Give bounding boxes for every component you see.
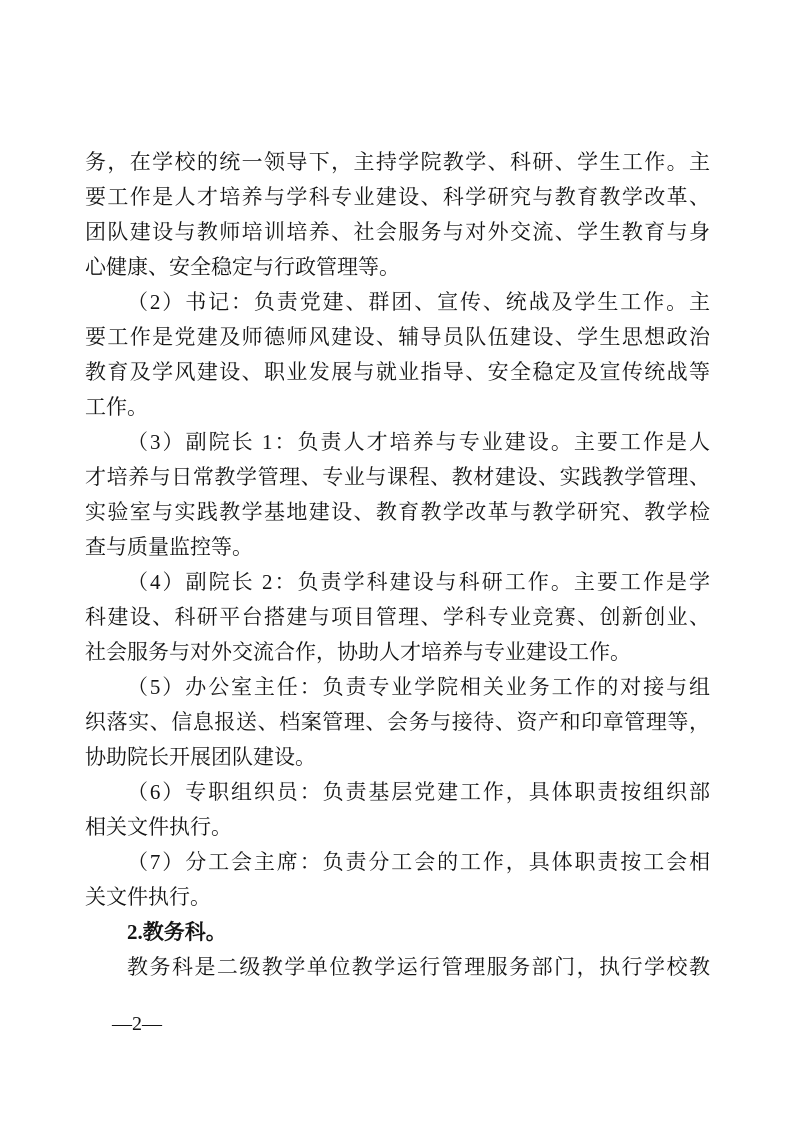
text-line: 相关文件执行。 bbox=[85, 810, 710, 845]
text-line: 2.教务科。 bbox=[85, 915, 710, 950]
text-line: （4）副院长 2：负责学科建设与科研工作。主要工作是学 bbox=[85, 565, 710, 600]
text-line: 协助院长开展团队建设。 bbox=[85, 740, 710, 775]
text-line: 工作。 bbox=[85, 390, 710, 425]
text-line: 关文件执行。 bbox=[85, 880, 710, 915]
text-line: 要工作是人才培养与学科专业建设、科学研究与教育教学改革、 bbox=[85, 180, 710, 215]
text-line: 心健康、安全稳定与行政管理等。 bbox=[85, 250, 710, 285]
document-body: 务，在学校的统一领导下，主持学院教学、科研、学生工作。主要工作是人才培养与学科专… bbox=[85, 145, 710, 985]
text-line: （3）副院长 1：负责人才培养与专业建设。主要工作是人 bbox=[85, 425, 710, 460]
para-union-chair: （7）分工会主席：负责分工会的工作，具体职责按工会相关文件执行。 bbox=[85, 845, 710, 915]
text-line: 务，在学校的统一领导下，主持学院教学、科研、学生工作。主 bbox=[85, 145, 710, 180]
para-office-director: （5）办公室主任：负责专业学院相关业务工作的对接与组织落实、信息报送、档案管理、… bbox=[85, 670, 710, 775]
text-line: 科建设、科研平台搭建与项目管理、学科专业竞赛、创新创业、 bbox=[85, 600, 710, 635]
para-secretary: （2）书记：负责党建、群团、宣传、统战及学生工作。主要工作是党建及师德师风建设、… bbox=[85, 285, 710, 425]
text-line: 才培养与日常教学管理、专业与课程、教材建设、实践教学管理、 bbox=[85, 460, 710, 495]
para-organizer: （6）专职组织员：负责基层党建工作，具体职责按组织部相关文件执行。 bbox=[85, 775, 710, 845]
heading-academic-affairs-section: 2.教务科。 bbox=[85, 915, 710, 950]
para-vice-dean-2: （4）副院长 2：负责学科建设与科研工作。主要工作是学科建设、科研平台搭建与项目… bbox=[85, 565, 710, 670]
page-number: —2— bbox=[112, 1010, 162, 1038]
para-academic-affairs-intro: 教务科是二级教学单位教学运行管理服务部门，执行学校教 bbox=[85, 950, 710, 985]
text-line: 教务科是二级教学单位教学运行管理服务部门，执行学校教 bbox=[85, 950, 710, 985]
text-line: （2）书记：负责党建、群团、宣传、统战及学生工作。主 bbox=[85, 285, 710, 320]
text-line: 查与质量监控等。 bbox=[85, 530, 710, 565]
para-vice-dean-1: （3）副院长 1：负责人才培养与专业建设。主要工作是人才培养与日常教学管理、专业… bbox=[85, 425, 710, 565]
text-line: 社会服务与对外交流合作，协助人才培养与专业建设工作。 bbox=[85, 635, 710, 670]
document-page: 务，在学校的统一领导下，主持学院教学、科研、学生工作。主要工作是人才培养与学科专… bbox=[0, 0, 794, 1122]
text-line: 实验室与实践教学基地建设、教育教学改革与教学研究、教学检 bbox=[85, 495, 710, 530]
text-line: （7）分工会主席：负责分工会的工作，具体职责按工会相 bbox=[85, 845, 710, 880]
para-dean-duties-continued: 务，在学校的统一领导下，主持学院教学、科研、学生工作。主要工作是人才培养与学科专… bbox=[85, 145, 710, 285]
text-line: 教育及学风建设、职业发展与就业指导、安全稳定及宣传统战等 bbox=[85, 355, 710, 390]
text-line: （6）专职组织员：负责基层党建工作，具体职责按组织部 bbox=[85, 775, 710, 810]
text-line: 团队建设与教师培训培养、社会服务与对外交流、学生教育与身 bbox=[85, 215, 710, 250]
text-line: 要工作是党建及师德师风建设、辅导员队伍建设、学生思想政治 bbox=[85, 320, 710, 355]
text-line: （5）办公室主任：负责专业学院相关业务工作的对接与组 bbox=[85, 670, 710, 705]
text-line: 织落实、信息报送、档案管理、会务与接待、资产和印章管理等， bbox=[85, 705, 710, 740]
